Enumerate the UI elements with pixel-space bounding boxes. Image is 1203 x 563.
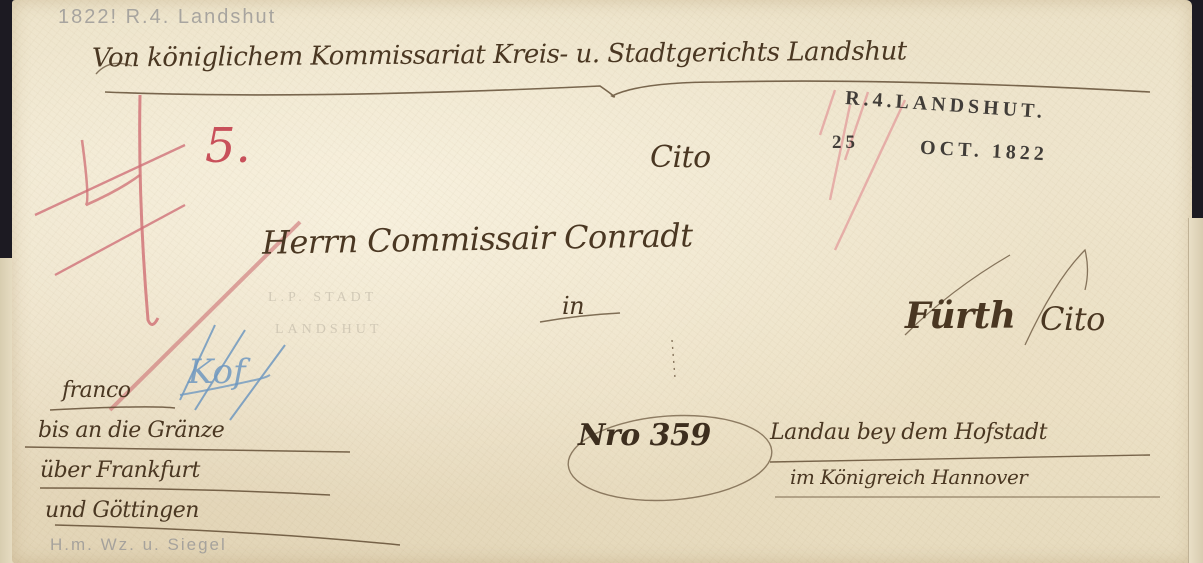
franking-line-4: und Göttingen <box>45 498 199 523</box>
franking-line-2: bis an die Gränze <box>38 418 224 443</box>
pencil-annotation-top: 1822! R.4. Landshut <box>58 6 276 29</box>
faint-stamp-line2: LANDSHUT <box>275 322 382 338</box>
postmark-day: 25 <box>832 132 859 154</box>
registry-note-line-1: Landau bey dem Hofstadt <box>770 420 1047 445</box>
pencil-annotation-bottom: H.m. Wz. u. Siegel <box>50 535 227 555</box>
addressee-suffix: Cito <box>1040 300 1105 338</box>
red-rate-five: 5. <box>205 118 251 174</box>
addressee-prefix: Cito <box>650 140 711 175</box>
franking-line-3: über Frankfurt <box>40 458 200 483</box>
registry-number: Nro 359 <box>578 418 711 453</box>
blue-mark: Kof <box>188 352 246 392</box>
addressee-name: Herrn Commissair Conradt <box>262 216 693 262</box>
faint-stamp-line1: L.P. STADT <box>268 290 377 306</box>
right-fold-edge <box>1188 218 1203 563</box>
addressee-place: Fürth <box>905 295 1015 337</box>
scan-background: 1822! R.4. Landshut H.m. Wz. u. Siegel V… <box>0 0 1203 563</box>
franking-line-1: franco <box>62 378 131 403</box>
registry-note-line-2: im Königreich Hannover <box>790 465 1027 489</box>
addressee-preposition: in <box>562 292 584 320</box>
